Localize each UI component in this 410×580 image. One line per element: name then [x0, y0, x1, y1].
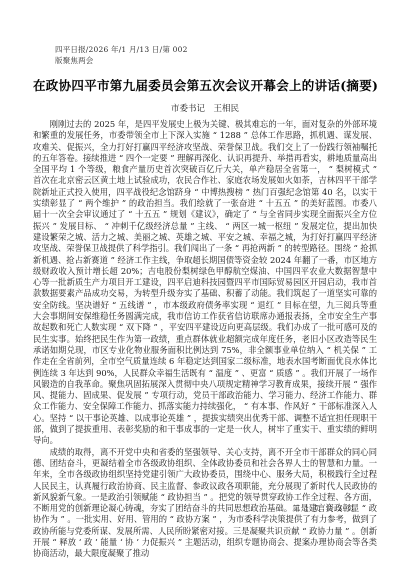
article-title: 在政协四平市第九届委员会第五次会议开幕会上的讲话(摘要) — [33, 76, 377, 94]
article-byline: 市委书记 王相民 — [33, 102, 377, 114]
article-body: 刚刚过去的 2025 年，是四平发展史上极为关键、极其难忘的一年，面对复杂的外部… — [33, 119, 377, 560]
masthead: 四平日报/2026 年/1 月/13 日/第 002 版聚焦两会 — [55, 45, 188, 66]
body-paragraph: 刚刚过去的 2025 年，是四平发展史上极为关键、极其难忘的一年，面对复杂的外部… — [33, 119, 377, 447]
masthead-line2: 版聚焦两会 — [55, 56, 188, 67]
document-page: 四平日报/2026 年/1 月/13 日/第 002 版聚焦两会 在政协四平市第… — [0, 0, 410, 580]
masthead-line1: 四平日报/2026 年/1 月/13 日/第 002 — [55, 45, 188, 56]
page-indicator: 第 1 页 共 3 页 — [293, 503, 355, 514]
